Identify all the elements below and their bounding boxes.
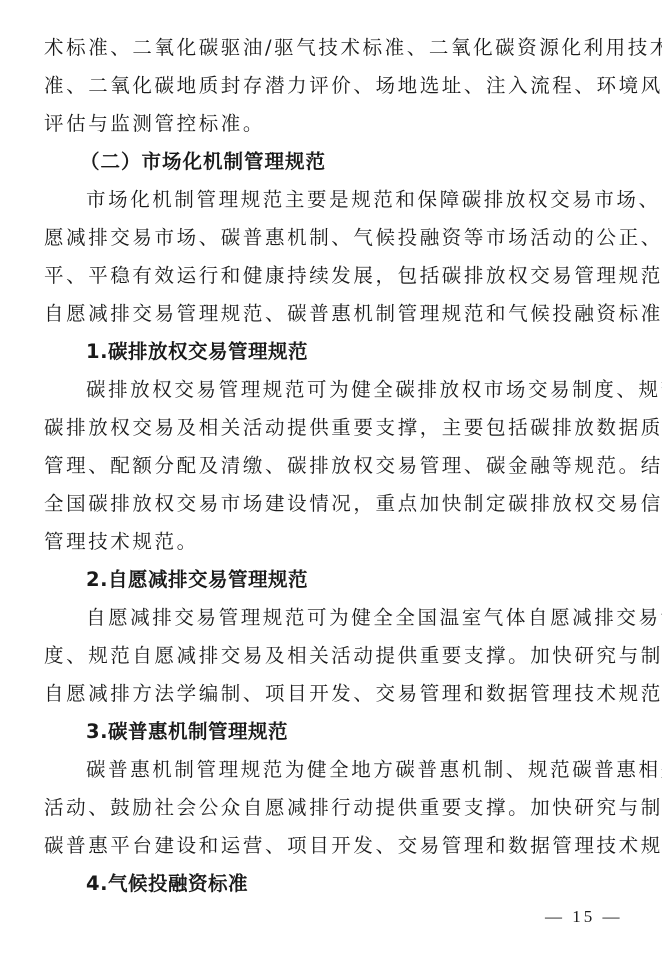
text-line: 碳普惠平台建设和运营、项目开发、交易管理和数据管理技术规范。 xyxy=(44,827,634,865)
text-line: 活动、鼓励社会公众自愿减排行动提供重要支撑。加快研究与制定 xyxy=(44,789,634,827)
sub-heading-carbon-emission-trading: 1.碳排放权交易管理规范 xyxy=(44,333,634,371)
text-line: 自愿减排交易管理规范、碳普惠机制管理规范和气候投融资标准。 xyxy=(44,295,634,333)
text-line: 碳排放权交易管理规范可为健全碳排放权市场交易制度、规范 xyxy=(44,371,634,409)
text-line: 市场化机制管理规范主要是规范和保障碳排放权交易市场、自 xyxy=(44,181,634,219)
text-line: 愿减排交易市场、碳普惠机制、气候投融资等市场活动的公正、公 xyxy=(44,219,634,257)
text-line: 管理技术规范。 xyxy=(44,523,634,561)
sub-heading-voluntary-reduction: 2.自愿减排交易管理规范 xyxy=(44,561,634,599)
text-line: 平、平稳有效运行和健康持续发展，包括碳排放权交易管理规范、 xyxy=(44,257,634,295)
sub-heading-carbon-inclusion: 3.碳普惠机制管理规范 xyxy=(44,713,634,751)
paragraph-carbon-inclusion: 碳普惠机制管理规范为健全地方碳普惠机制、规范碳普惠相关 活动、鼓励社会公众自愿减… xyxy=(44,751,634,865)
text-line: 全国碳排放权交易市场建设情况，重点加快制定碳排放权交易信息 xyxy=(44,485,634,523)
text-line: 碳排放权交易及相关活动提供重要支撑，主要包括碳排放数据质量 xyxy=(44,409,634,447)
text-line: 术标准、二氧化碳驱油/驱气技术标准、二氧化碳资源化利用技术标 xyxy=(44,29,634,67)
text-line: 管理、配额分配及清缴、碳排放权交易管理、碳金融等规范。结合 xyxy=(44,447,634,485)
text-line: 准、二氧化碳地质封存潜力评价、场地选址、注入流程、环境风险 xyxy=(44,67,634,105)
sub-heading-climate-finance: 4.气候投融资标准 xyxy=(44,865,634,903)
page-number: — 15 — xyxy=(545,907,623,927)
paragraph-market-mechanism: 市场化机制管理规范主要是规范和保障碳排放权交易市场、自 愿减排交易市场、碳普惠机… xyxy=(44,181,634,333)
paragraph-voluntary-reduction: 自愿减排交易管理规范可为健全全国温室气体自愿减排交易制 度、规范自愿减排交易及相… xyxy=(44,599,634,713)
text-line: 度、规范自愿减排交易及相关活动提供重要支撑。加快研究与制定 xyxy=(44,637,634,675)
paragraph-continued: 术标准、二氧化碳驱油/驱气技术标准、二氧化碳资源化利用技术标 准、二氧化碳地质封… xyxy=(44,29,634,143)
section-heading-market-mechanism: （二）市场化机制管理规范 xyxy=(44,143,634,181)
paragraph-carbon-emission-trading: 碳排放权交易管理规范可为健全碳排放权市场交易制度、规范 碳排放权交易及相关活动提… xyxy=(44,371,634,561)
text-line: 自愿减排交易管理规范可为健全全国温室气体自愿减排交易制 xyxy=(44,599,634,637)
text-line: 自愿减排方法学编制、项目开发、交易管理和数据管理技术规范。 xyxy=(44,675,634,713)
document-page: 术标准、二氧化碳驱油/驱气技术标准、二氧化碳资源化利用技术标 准、二氧化碳地质封… xyxy=(44,29,634,903)
text-line: 碳普惠机制管理规范为健全地方碳普惠机制、规范碳普惠相关 xyxy=(44,751,634,789)
text-line: 评估与监测管控标准。 xyxy=(44,105,634,143)
